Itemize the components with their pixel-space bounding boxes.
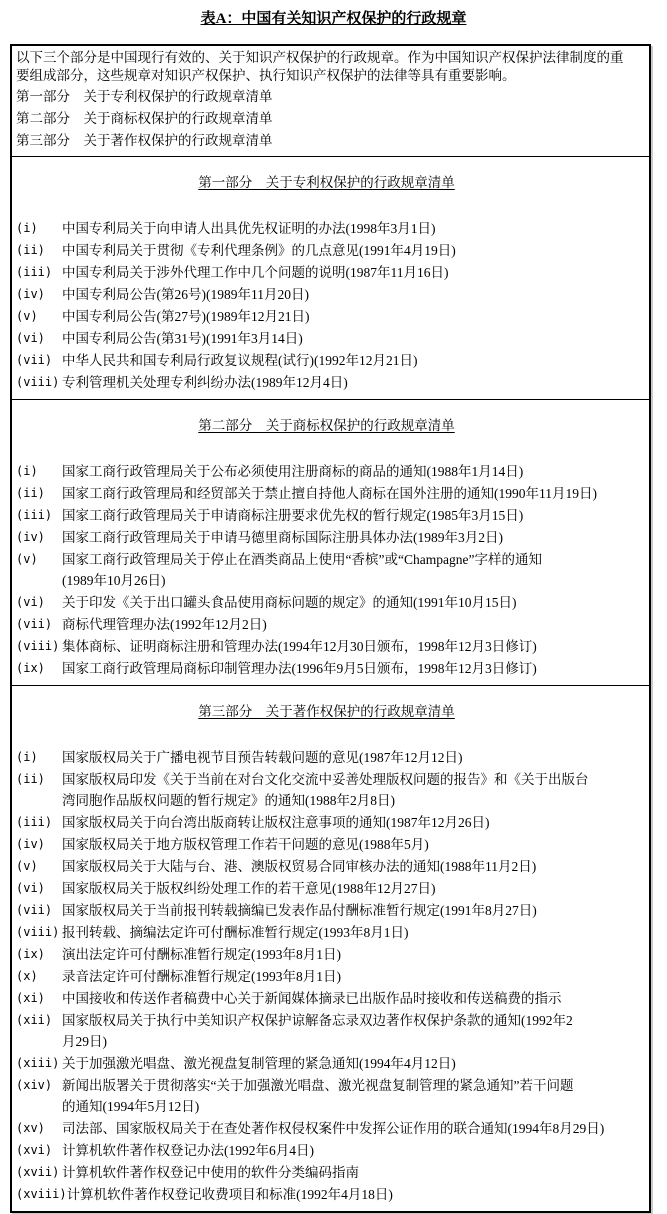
item-label: (viii) [16, 372, 62, 393]
regulation-item: (viii) 报刊转载、摘编法定许可付酬标准暂行规定(1993年8月1日) [16, 922, 637, 943]
regulation-item: (i) 中国专利局关于向申请人出具优先权证明的办法(1998年3月1日) [16, 218, 637, 239]
regulation-item: (vii) 国家版权局关于当前报刊转载摘编已发表作品付酬标准暂行规定(1991年… [16, 900, 637, 921]
item-label: (v) [16, 856, 62, 877]
regulations-table: 以下三个部分是中国现行有效的、关于知识产权保护的行政规章。作为中国知识产权保护法… [10, 44, 651, 1213]
item-label: (v) [16, 306, 62, 327]
toc-item-part3: 第三部分 关于著作权保护的行政规章清单 [16, 130, 645, 151]
item-text: 国家工商行政管理局关于停止在酒类商品上使用“香槟”或“Champagne”字样的… [62, 549, 637, 591]
regulation-item: (vi) 中国专利局公告(第31号)(1991年3月14日) [16, 328, 637, 349]
item-text: 商标代理管理办法(1992年12月2日) [62, 614, 637, 635]
item-label: (xviii) [16, 1184, 67, 1205]
item-label: (x) [16, 966, 62, 987]
item-label: (xii) [16, 1010, 62, 1031]
item-text: 国家版权局关于广播电视节目预告转载问题的意见(1987年12月12日) [62, 747, 637, 768]
item-text: 国家工商行政管理局商标印制管理办法(1996年9月5日颁布，1998年12月3日… [62, 658, 637, 679]
item-label: (i) [16, 747, 62, 768]
regulation-item: (viii) 集体商标、证明商标注册和管理办法(1994年12月30日颁布，19… [16, 636, 637, 657]
item-label: (iii) [16, 262, 62, 283]
item-text: 国家版权局关于大陆与台、港、澳版权贸易合同审核办法的通知(1988年11月2日) [62, 856, 637, 877]
item-text: 计算机软件著作权登记办法(1992年6月4日) [62, 1140, 637, 1161]
item-label: (iii) [16, 812, 62, 833]
item-label: (xvi) [16, 1140, 62, 1161]
item-text: 录音法定许可付酬标准暂行规定(1993年8月1日) [62, 966, 637, 987]
regulation-item: (xvii) 计算机软件著作权登记中使用的软件分类编码指南 [16, 1162, 637, 1183]
item-label: (xiii) [16, 1053, 62, 1074]
item-text: 国家版权局关于向台湾出版商转让版权注意事项的通知(1987年12月26日) [62, 812, 637, 833]
regulation-item: (xii) 国家版权局关于执行中美知识产权保护谅解备忘录双边著作权保护条款的通知… [16, 1010, 637, 1052]
item-label: (ix) [16, 658, 62, 679]
regulation-item: (iv) 国家版权局关于地方版权管理工作若干问题的意见(1988年5月) [16, 834, 637, 855]
item-label: (vii) [16, 614, 62, 635]
regulation-item: (vii) 中华人民共和国专利局行政复议规程(试行)(1992年12月21日) [16, 350, 637, 371]
item-text: 国家工商行政管理局关于申请马德里商标国际注册具体办法(1989年3月2日) [62, 527, 637, 548]
regulation-item: (iii) 国家工商行政管理局关于申请商标注册要求优先权的暂行规定(1985年3… [16, 505, 637, 526]
item-text: 集体商标、证明商标注册和管理办法(1994年12月30日颁布，1998年12月3… [62, 636, 637, 657]
item-text: 计算机软件著作权登记收费项目和标准(1992年4月18日) [67, 1184, 637, 1205]
regulation-item: (xviii) 计算机软件著作权登记收费项目和标准(1992年4月18日) [16, 1184, 637, 1205]
item-label: (ix) [16, 944, 62, 965]
item-text: 演出法定许可付酬标准暂行规定(1993年8月1日) [62, 944, 637, 965]
item-label: (vii) [16, 900, 62, 921]
item-label: (xi) [16, 988, 62, 1009]
item-text: 中国专利局关于涉外代理工作中几个问题的说明(1987年11月16日) [62, 262, 637, 283]
regulation-item: (vi) 关于印发《关于出口罐头食品使用商标问题的规定》的通知(1991年10月… [16, 592, 637, 613]
regulation-item: (i) 国家版权局关于广播电视节目预告转载问题的意见(1987年12月12日) [16, 747, 637, 768]
section-part1: 第一部分 关于专利权保护的行政规章清单 (i) 中国专利局关于向申请人出具优先权… [12, 157, 649, 400]
item-label: (vi) [16, 878, 62, 899]
item-label: (vi) [16, 328, 62, 349]
item-text: 中国专利局关于向申请人出具优先权证明的办法(1998年3月1日) [62, 218, 637, 239]
item-label: (viii) [16, 636, 62, 657]
regulation-item: (i) 国家工商行政管理局关于公布必须使用注册商标的商品的通知(1988年1月1… [16, 461, 637, 482]
item-text: 中国接收和传送作者稿费中心关于新闻媒体摘录已出版作品时接收和传送稿费的指示 [62, 988, 637, 1009]
item-label: (v) [16, 549, 62, 570]
item-text: 关于加强激光唱盘、激光视盘复制管理的紧急通知(1994年4月12日) [62, 1053, 637, 1074]
item-label: (xvii) [16, 1162, 62, 1183]
page-title: 表A：中国有关知识产权保护的行政规章 [0, 9, 667, 30]
toc-item-part1: 第一部分 关于专利权保护的行政规章清单 [16, 86, 645, 107]
toc-item-part2: 第二部分 关于商标权保护的行政规章清单 [16, 108, 645, 129]
part3-regulation-list: (i) 国家版权局关于广播电视节目预告转载问题的意见(1987年12月12日) … [16, 747, 637, 1205]
regulation-item: (v) 国家工商行政管理局关于停止在酒类商品上使用“香槟”或“Champagne… [16, 549, 637, 591]
document-page: 表A：中国有关知识产权保护的行政规章 以下三个部分是中国现行有效的、关于知识产权… [0, 9, 667, 1213]
regulation-item: (ii) 中国专利局关于贯彻《专利代理条例》的几点意见(1991年4月19日) [16, 240, 637, 261]
part2-regulation-list: (i) 国家工商行政管理局关于公布必须使用注册商标的商品的通知(1988年1月1… [16, 461, 637, 679]
item-text: 国家工商行政管理局关于公布必须使用注册商标的商品的通知(1988年1月14日) [62, 461, 637, 482]
regulation-item: (xiv) 新闻出版署关于贯彻落实“关于加强激光唱盘、激光视盘复制管理的紧急通知… [16, 1075, 637, 1117]
item-text: 计算机软件著作权登记中使用的软件分类编码指南 [62, 1162, 637, 1183]
item-label: (i) [16, 461, 62, 482]
item-text: 国家版权局关于当前报刊转载摘编已发表作品付酬标准暂行规定(1991年8月27日) [62, 900, 637, 921]
item-text: 新闻出版署关于贯彻落实“关于加强激光唱盘、激光视盘复制管理的紧急通知”若干问题 … [62, 1075, 637, 1117]
section-part3: 第三部分 关于著作权保护的行政规章清单 (i) 国家版权局关于广播电视节目预告转… [12, 686, 649, 1211]
item-text: 国家版权局关于地方版权管理工作若干问题的意见(1988年5月) [62, 834, 637, 855]
item-label: (xiv) [16, 1075, 62, 1096]
item-text: 国家版权局关于版权纠纷处理工作的若干意见(1988年12月27日) [62, 878, 637, 899]
regulation-item: (iv) 中国专利局公告(第26号)(1989年11月20日) [16, 284, 637, 305]
item-label: (iv) [16, 527, 62, 548]
item-label: (viii) [16, 922, 62, 943]
regulation-item: (viii) 专利管理机关处理专利纠纷办法(1989年12月4日) [16, 372, 637, 393]
item-text: 中华人民共和国专利局行政复议规程(试行)(1992年12月21日) [62, 350, 637, 371]
item-label: (ii) [16, 240, 62, 261]
item-text: 中国专利局关于贯彻《专利代理条例》的几点意见(1991年4月19日) [62, 240, 637, 261]
item-text: 中国专利局公告(第27号)(1989年12月21日) [62, 306, 637, 327]
item-text: 国家版权局印发《关于当前在对台文化交流中妥善处理版权问题的报告》和《关于出版台 … [62, 769, 637, 811]
regulation-item: (x) 录音法定许可付酬标准暂行规定(1993年8月1日) [16, 966, 637, 987]
section-part2-heading: 第二部分 关于商标权保护的行政规章清单 [16, 415, 637, 436]
item-text: 中国专利局公告(第26号)(1989年11月20日) [62, 284, 637, 305]
regulation-item: (ii) 国家工商行政管理局和经贸部关于禁止擅自持他人商标在国外注册的通知(19… [16, 483, 637, 504]
item-label: (i) [16, 218, 62, 239]
item-text: 司法部、国家版权局关于在查处著作权侵权案件中发挥公证作用的联合通知(1994年8… [62, 1118, 637, 1139]
regulation-item: (xiii) 关于加强激光唱盘、激光视盘复制管理的紧急通知(1994年4月12日… [16, 1053, 637, 1074]
regulation-item: (xv) 司法部、国家版权局关于在查处著作权侵权案件中发挥公证作用的联合通知(1… [16, 1118, 637, 1139]
regulation-item: (vi) 国家版权局关于版权纠纷处理工作的若干意见(1988年12月27日) [16, 878, 637, 899]
item-text: 国家版权局关于执行中美知识产权保护谅解备忘录双边著作权保护条款的通知(1992年… [62, 1010, 637, 1052]
regulation-item: (v) 国家版权局关于大陆与台、港、澳版权贸易合同审核办法的通知(1988年11… [16, 856, 637, 877]
item-text: 专利管理机关处理专利纠纷办法(1989年12月4日) [62, 372, 637, 393]
regulation-item: (xi) 中国接收和传送作者稿费中心关于新闻媒体摘录已出版作品时接收和传送稿费的… [16, 988, 637, 1009]
regulation-item: (iv) 国家工商行政管理局关于申请马德里商标国际注册具体办法(1989年3月2… [16, 527, 637, 548]
section-part1-heading: 第一部分 关于专利权保护的行政规章清单 [16, 172, 637, 193]
regulation-item: (ix) 国家工商行政管理局商标印制管理办法(1996年9月5日颁布，1998年… [16, 658, 637, 679]
item-text: 中国专利局公告(第31号)(1991年3月14日) [62, 328, 637, 349]
regulation-item: (ii) 国家版权局印发《关于当前在对台文化交流中妥善处理版权问题的报告》和《关… [16, 769, 637, 811]
item-text: 国家工商行政管理局和经贸部关于禁止擅自持他人商标在国外注册的通知(1990年11… [62, 483, 637, 504]
part1-regulation-list: (i) 中国专利局关于向申请人出具优先权证明的办法(1998年3月1日) (ii… [16, 218, 637, 393]
regulation-item: (ix) 演出法定许可付酬标准暂行规定(1993年8月1日) [16, 944, 637, 965]
regulation-item: (xvi) 计算机软件著作权登记办法(1992年6月4日) [16, 1140, 637, 1161]
item-label: (iii) [16, 505, 62, 526]
item-label: (vi) [16, 592, 62, 613]
regulation-item: (iii) 中国专利局关于涉外代理工作中几个问题的说明(1987年11月16日) [16, 262, 637, 283]
section-part2: 第二部分 关于商标权保护的行政规章清单 (i) 国家工商行政管理局关于公布必须使… [12, 400, 649, 686]
item-label: (xv) [16, 1118, 62, 1139]
item-text: 国家工商行政管理局关于申请商标注册要求优先权的暂行规定(1985年3月15日) [62, 505, 637, 526]
item-text: 报刊转载、摘编法定许可付酬标准暂行规定(1993年8月1日) [62, 922, 637, 943]
item-label: (iv) [16, 284, 62, 305]
item-label: (vii) [16, 350, 62, 371]
regulation-item: (iii) 国家版权局关于向台湾出版商转让版权注意事项的通知(1987年12月2… [16, 812, 637, 833]
intro-section: 以下三个部分是中国现行有效的、关于知识产权保护的行政规章。作为中国知识产权保护法… [12, 46, 649, 157]
item-label: (iv) [16, 834, 62, 855]
section-part3-heading: 第三部分 关于著作权保护的行政规章清单 [16, 701, 637, 722]
item-label: (ii) [16, 769, 62, 790]
intro-paragraph: 以下三个部分是中国现行有效的、关于知识产权保护的行政规章。作为中国知识产权保护法… [16, 49, 645, 85]
regulation-item: (v) 中国专利局公告(第27号)(1989年12月21日) [16, 306, 637, 327]
item-label: (ii) [16, 483, 62, 504]
item-text: 关于印发《关于出口罐头食品使用商标问题的规定》的通知(1991年10月15日) [62, 592, 637, 613]
regulation-item: (vii) 商标代理管理办法(1992年12月2日) [16, 614, 637, 635]
